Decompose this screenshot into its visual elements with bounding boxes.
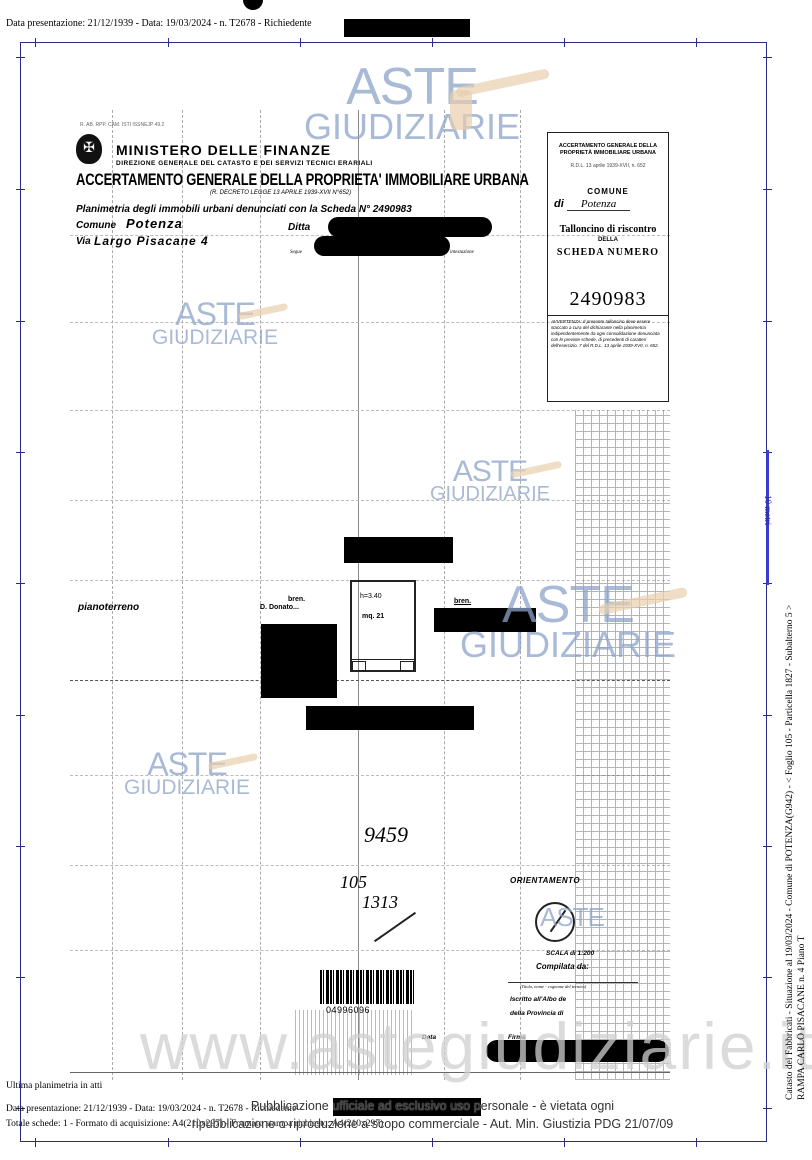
notice-line1: Pubblicazione ufficiale ad esclusivo uso… [180,1097,685,1115]
watermark-logo: ASTE GIUDIZIARIE [152,300,278,348]
decree: (R. DECRETO LEGGE 13 APRILE 1939-XVII N°… [210,190,351,196]
redacted-owner [314,236,450,256]
neighbor-left-label: bren. [288,596,305,603]
last-plan-label: Ultima planimetria in atti [6,1081,102,1091]
orientation-label: ORIENTAMENTO [510,876,580,885]
watermark-line2: GIUDIZIARIE [460,629,676,661]
handwritten-number: 1313 [362,892,398,913]
watermark-logo: ASTE GIUDIZIARIE [460,582,676,661]
redacted-neighbor [344,537,453,563]
cadastre-line2: RAMPA CARLO PISACANE n. 4 Piano T [796,605,808,1100]
redacted-street [306,706,474,730]
compiled-label: Compilata da: [536,962,589,971]
watermark-logo: ASTE GIUDIZIARIE [304,64,520,143]
cadastre-info: Catasto dei Fabbricati - Situazione al 1… [784,605,808,1100]
republic-emblem-icon: ✠ [76,134,102,164]
watermark-line2: GIUDIZIARIE [430,485,550,503]
watermark-line2: GIUDIZIARIE [152,329,278,348]
door-icon [352,659,414,670]
watermark-line2: GIUDIZIARIE [124,779,250,798]
coupon-scheda-numero: SCHEDA NUMERO [548,247,668,258]
coupon-decree: R.D.L. 13 aprile 1939-XVII, n. 652 [548,163,668,169]
receipt-coupon: ACCERTAMENTO GENERALE DELLA PROPRIETÀ IM… [547,132,669,402]
watermark-line1: ASTE [540,906,604,929]
ditta-label: Ditta [288,222,310,233]
coupon-della: DELLA [548,237,668,243]
planimetry-line: Planimetria degli immobili urbani denunc… [76,204,412,215]
floor-label: pianoterreno [78,602,139,613]
watermark-site: www.astegiudiziarie.it [140,1008,812,1084]
handwritten-stroke [374,912,416,942]
watermark-logo: ASTE [540,906,604,929]
handwritten-number: 9459 [364,822,408,848]
barcode [320,970,414,1004]
coupon-tagliando: Talloncino di riscontro [548,224,668,235]
redaction-mark [243,0,263,10]
gavel-icon [450,90,472,130]
scale-bar-label: 10 metri [763,495,773,525]
comune-label: Comune [76,220,116,231]
redacted-requester [344,19,470,37]
coupon-comune-prefix: di [554,198,564,210]
coupon-comune-label: COMUNE [548,187,668,196]
via-value: Largo Pisacane 4 [94,234,209,248]
top-small-text: R. AB. RPP. CAM. ISTI ISSNEJP 49.2 [80,122,164,128]
coupon-avvertenza: AVVERTENZA: Il presente talloncino deve … [548,315,668,352]
compiled-hint: (Titolo, nome - cognome del tecnico) [520,984,586,989]
intestazione-suffix: intestazione [450,250,474,255]
redacted-owner [328,217,492,237]
scale-label: SCALA di 1:200 [546,950,594,957]
handwritten-number: 105 [340,872,367,893]
notice-line2: ripubblicazione o riproduzione a scopo c… [180,1115,685,1133]
room-height: h=3.40 [360,593,382,600]
via-label: Via [76,236,91,247]
document-title: ACCERTAMENTO GENERALE DELLA PROPRIETA' I… [76,170,529,189]
ministry-name: MINISTERO DELLE FINANZE [116,142,331,158]
segue-label: Segue [290,250,302,255]
header-line: Data presentazione: 21/12/1939 - Data: 1… [6,18,312,29]
room-area: mq. 21 [362,613,384,620]
iscritto-label: Iscritto all'Albo de [510,996,566,1003]
cadastre-line1: Catasto dei Fabbricati - Situazione al 1… [784,605,796,1100]
redacted-neighbor [261,624,337,698]
direction-name: DIREZIONE GENERALE DEL CATASTO E DEI SER… [116,160,373,167]
watermark-line2: GIUDIZIARIE [304,111,520,143]
grid-hatch [575,410,670,1080]
comune-value: Potenza [126,216,183,231]
neighbor-left-name: D. Donato... [260,604,299,611]
coupon-comune-value: Potenza [567,198,630,211]
divider [508,982,638,983]
coupon-heading: ACCERTAMENTO GENERALE DELLA PROPRIETÀ IM… [548,143,668,157]
watermark-logo: ASTE GIUDIZIARIE [430,458,550,503]
publication-notice: Pubblicazione ufficiale ad esclusivo uso… [180,1097,685,1133]
coupon-number: 2490983 [548,288,668,311]
coupon-comune: di Potenza [548,198,668,210]
